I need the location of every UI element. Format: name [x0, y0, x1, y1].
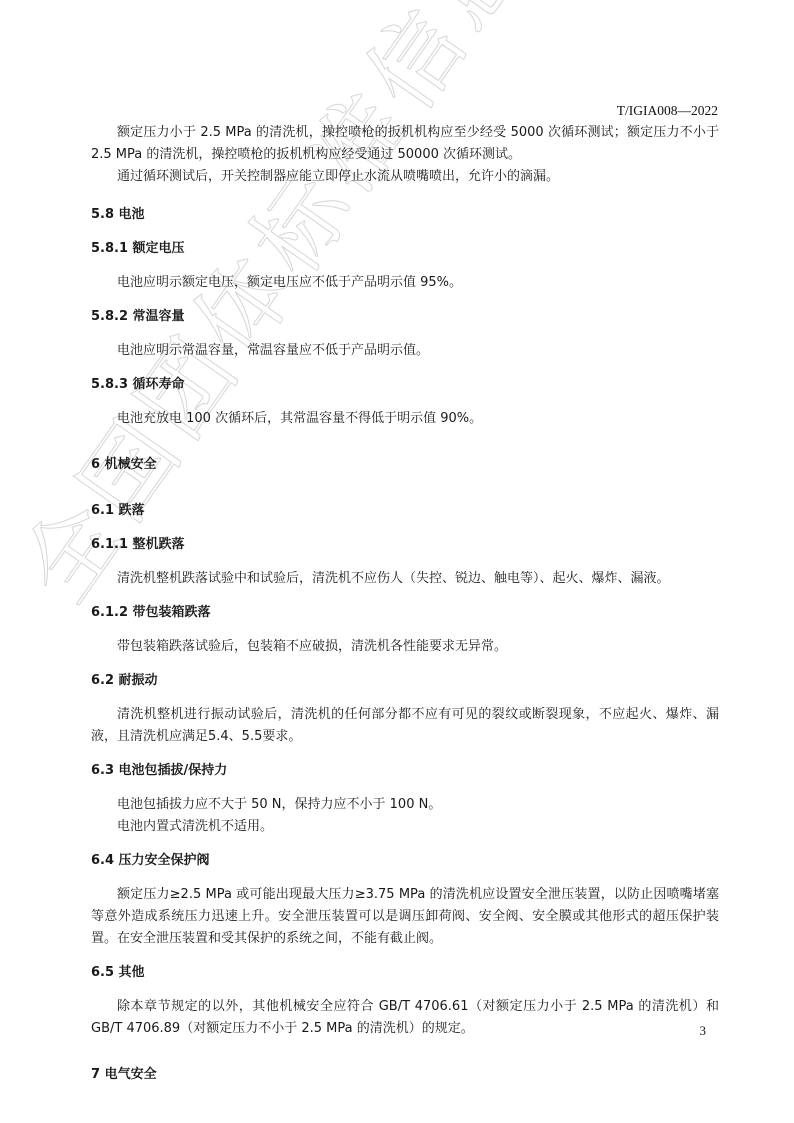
paragraph: 电池应明示常温容量，常温容量应不低于产品明示值。: [91, 340, 719, 362]
section-heading: 6.1.1 整机跌落: [91, 534, 719, 556]
section-heading: 6.1 跌落: [91, 500, 719, 522]
section-heading: 5.8 电池: [91, 204, 719, 226]
paragraph: 带包装箱跌落试验后，包装箱不应破损，清洗机各性能要求无异常。: [91, 636, 719, 658]
section-heading: 6.3 电池包插拔/保持力: [91, 760, 719, 782]
paragraph: 清洗机整机进行振动试验后，清洗机的任何部分都不应有可见的裂纹或断裂现象，不应起火…: [91, 704, 719, 748]
document-id-header: T/IGIA008—2022: [617, 103, 718, 119]
paragraph: 除本章节规定的以外，其他机械安全应符合 GB/T 4706.61（对额定压力小于…: [91, 996, 719, 1040]
section-heading: 5.8.1 额定电压: [91, 238, 719, 260]
paragraph: 电池充放电 100 次循环后，其常温容量不得低于明示值 90%。: [91, 408, 719, 430]
paragraph: 通过循环测试后，开关控制器应能立即停止水流从喷嘴喷出，允许小的滴漏。: [91, 166, 719, 188]
section-heading: 6.2 耐振动: [91, 670, 719, 692]
chapter-heading: 7 电气安全: [91, 1064, 719, 1086]
paragraph: 额定压力小于 2.5 MPa 的清洗机，操控喷枪的扳机机构应至少经受 5000 …: [91, 122, 719, 166]
section-heading: 6.1.2 带包装箱跌落: [91, 602, 719, 624]
paragraph: 清洗机整机跌落试验中和试验后，清洗机不应伤人（失控、锐边、触电等）、起火、爆炸、…: [91, 568, 719, 590]
section-heading: 5.8.2 常温容量: [91, 306, 719, 328]
paragraph: 电池内置式清洗机不适用。: [91, 816, 719, 838]
page-number: 3: [700, 1023, 707, 1039]
section-heading: 6.4 压力安全保护阀: [91, 850, 719, 872]
paragraph: 电池包插拔力应不大于 50 N，保持力应不小于 100 N。: [91, 794, 719, 816]
document-body: 额定压力小于 2.5 MPa 的清洗机，操控喷枪的扳机机构应至少经受 5000 …: [91, 122, 719, 1086]
chapter-heading: 6 机械安全: [91, 454, 719, 476]
section-heading: 5.8.3 循环寿命: [91, 374, 719, 396]
section-heading: 6.5 其他: [91, 962, 719, 984]
document-page: 全国团体标准信息平台 T/IGIA008—2022 额定压力小于 2.5 MPa…: [0, 0, 794, 1123]
paragraph: 额定压力≥2.5 MPa 或可能出现最大压力≥3.75 MPa 的清洗机应设置安…: [91, 884, 719, 950]
paragraph: 电池应明示额定电压，额定电压应不低于产品明示值 95%。: [91, 272, 719, 294]
